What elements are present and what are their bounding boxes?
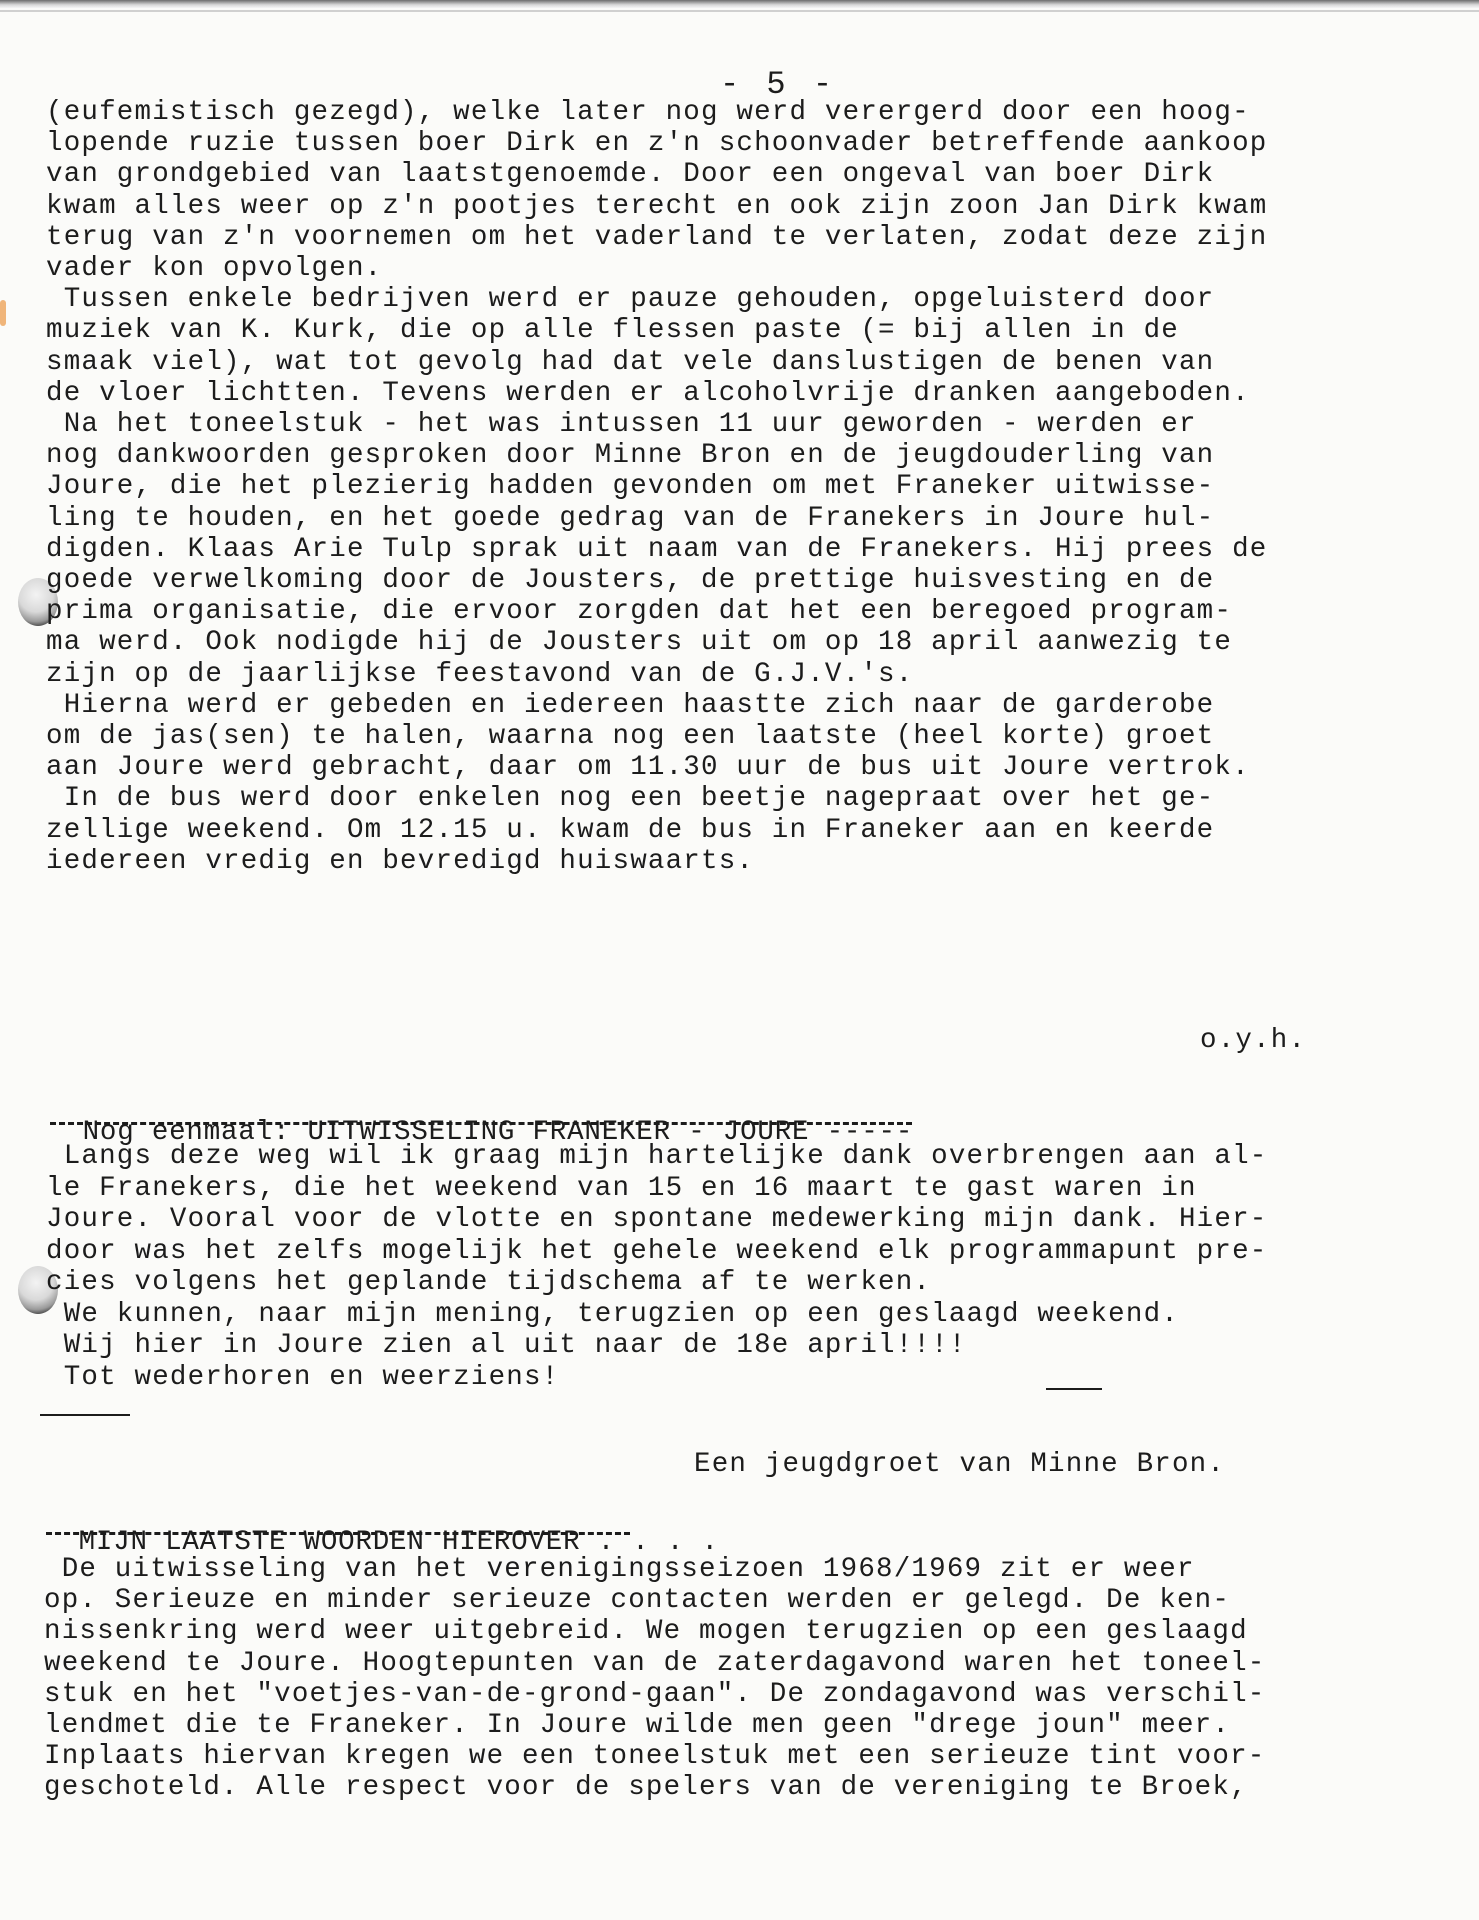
text-line: door was het zelfs mogelijk het gehele w… [46, 1235, 1268, 1269]
text-line: ling te houden, en het goede gedrag van … [46, 502, 1214, 536]
text-line: zellige weekend. Om 12.15 u. kwam de bus… [46, 814, 1214, 848]
heading-laatste-woorden: MIJN LAATSTE WOORDEN HIEROVER . . . . [44, 1496, 719, 1558]
text-line: Tot wederhoren en weerziens! [46, 1361, 559, 1395]
text-line: vader kon opvolgen. [46, 252, 382, 286]
text-line: nog dankwoorden gesproken door Minne Bro… [46, 439, 1214, 473]
text-line: om de jas(sen) te halen, waarna nog een … [46, 720, 1214, 754]
text-line: de vloer lichtten. Tevens werden er alco… [46, 377, 1250, 411]
text-line: Inplaats hiervan kregen we een toneelstu… [44, 1740, 1266, 1774]
text-line: kwam alles weer op z'n pootjes terecht e… [46, 190, 1268, 224]
text-line: Tussen enkele bedrijven werd er pauze ge… [46, 283, 1214, 317]
scan-top-edge [0, 0, 1479, 8]
heading-underline [50, 1122, 912, 1125]
text-line: Langs deze weg wil ik graag mijn harteli… [46, 1140, 1268, 1174]
heading-nog-eenmaal: Nog eenmaal: UITWISSELING FRANEKER - JOU… [48, 1086, 913, 1148]
text-line: op. Serieuze en minder serieuze contacte… [44, 1584, 1230, 1618]
text-line: goede verwelkoming door de Jousters, de … [46, 564, 1214, 598]
text-line: Wij hier in Joure zien al uit naar de 18… [46, 1329, 967, 1363]
text-line: (eufemistisch gezegd), welke later nog w… [46, 96, 1250, 130]
text-line: iedereen vredig en bevredigd huiswaarts. [46, 845, 754, 879]
signature-oyh: o.y.h. [1200, 1024, 1306, 1058]
heading-underline [46, 1532, 630, 1535]
text-line: Joure, die het plezierig hadden gevonden… [46, 470, 1214, 504]
scan-edge-mark [0, 300, 6, 326]
text-line: digden. Klaas Arie Tulp sprak uit naam v… [46, 533, 1268, 567]
text-line: lopende ruzie tussen boer Dirk en z'n sc… [46, 127, 1268, 161]
text-line: aan Joure werd gebracht, daar om 11.30 u… [46, 751, 1250, 785]
text-line: geschoteld. Alle respect voor de spelers… [44, 1771, 1248, 1805]
text-line: le Franekers, die het weekend van 15 en … [46, 1172, 1197, 1206]
text-line: lendmet die te Franeker. In Joure wilde … [44, 1709, 1230, 1743]
text-line: zijn op de jaarlijkse feestavond van de … [46, 658, 913, 692]
text-line: Na het toneelstuk - het was intussen 11 … [46, 408, 1197, 442]
text-line: Hierna werd er gebeden en iedereen haast… [46, 689, 1214, 723]
text-line: cies volgens het geplande tijdschema af … [46, 1266, 931, 1300]
text-line: Joure. Vooral voor de vlotte en spontane… [46, 1203, 1268, 1237]
text-line: ma werd. Ook nodigde hij de Jousters uit… [46, 626, 1232, 660]
text-line: weekend te Joure. Hoogtepunten van de za… [44, 1647, 1266, 1681]
text-line: In de bus werd door enkelen nog een beet… [46, 782, 1214, 816]
text-line: nissenkring werd weer uitgebreid. We mog… [44, 1615, 1248, 1649]
text-line: terug van z'n voornemen om het vaderland… [46, 221, 1268, 255]
text-line: We kunnen, naar mijn mening, terugzien o… [46, 1298, 1179, 1332]
scan-top-edge-line [0, 10, 1479, 12]
text-line: van grondgebied van laatstgenoemde. Door… [46, 158, 1214, 192]
text-line: prima organisatie, die ervoor zorgden da… [46, 595, 1232, 629]
text-line: smaak viel), wat tot gevolg had dat vele… [46, 346, 1214, 380]
signature-minne-bron: Een jeugdgroet van Minne Bron. [694, 1448, 1225, 1482]
text-line: muziek van K. Kurk, die op alle flessen … [46, 314, 1179, 348]
word-underline-pre [1046, 1388, 1102, 1390]
text-line: De uitwisseling van het verenigingsseizo… [44, 1553, 1195, 1587]
word-underline-cies [40, 1414, 130, 1416]
text-line: stuk en het "voetjes-van-de-grond-gaan".… [44, 1678, 1266, 1712]
